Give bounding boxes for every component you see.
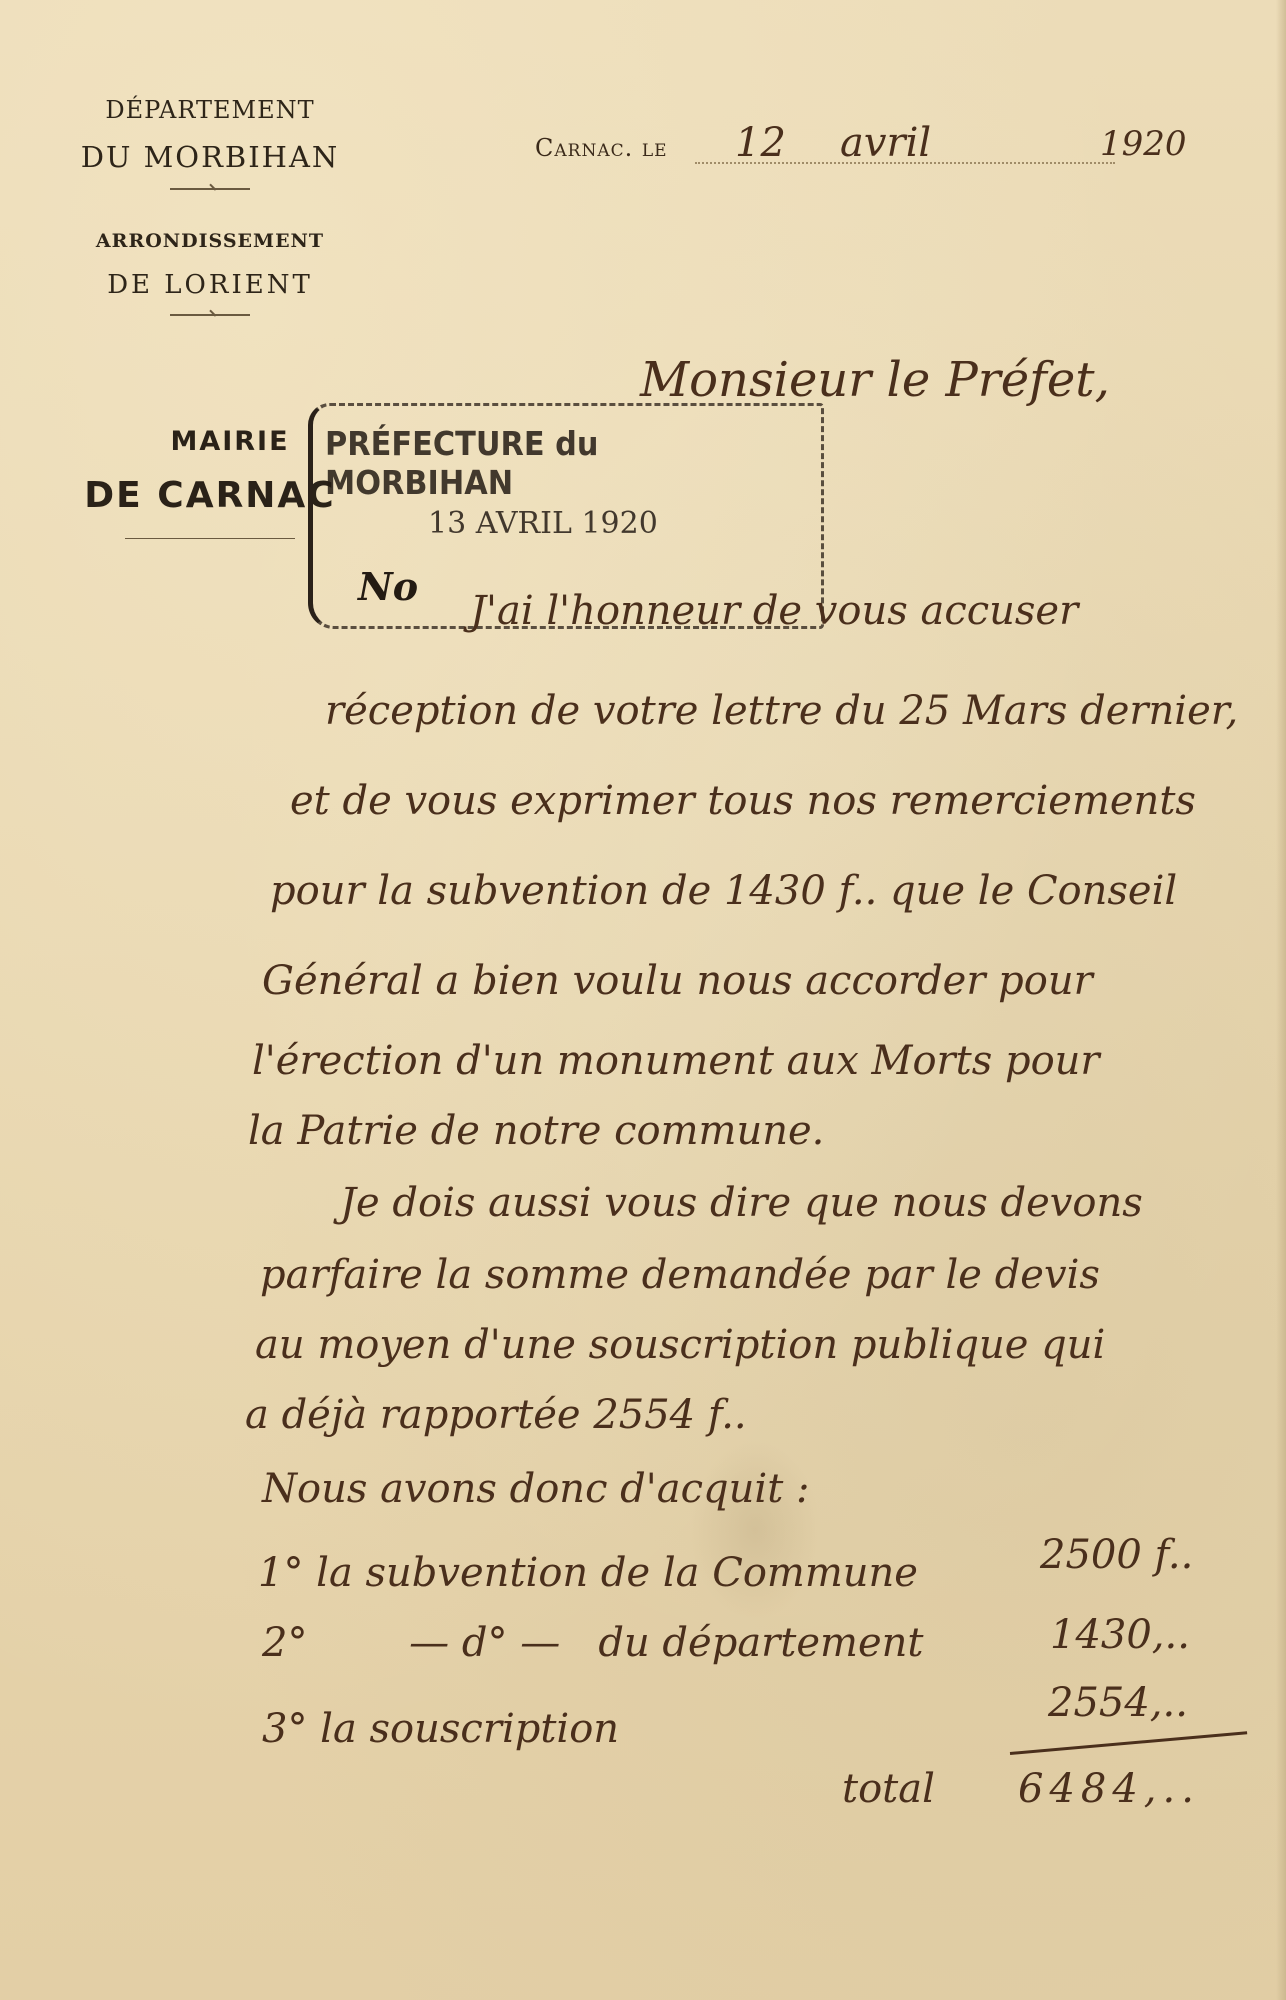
dateline-year: 1920: [1100, 124, 1187, 164]
body-line: pour la subvention de 1430 f.. que le Co…: [270, 868, 1177, 914]
ledger-item-label: 1° la subvention de la Commune: [258, 1550, 918, 1596]
dateline-place: Carnac. le: [535, 134, 668, 162]
ledger-total-label: total: [842, 1766, 935, 1812]
body-line: a déjà rapportée 2554 f..: [245, 1392, 747, 1438]
stamp-date: 13 AVRIL 1920: [428, 506, 658, 541]
ledger-item-amount: 2500 f..: [1040, 1532, 1193, 1578]
ledger-item-label: 2° — d° — du département: [262, 1620, 923, 1666]
body-line: Je dois aussi vous dire que nous devons: [340, 1180, 1143, 1226]
stamp-number-label: No: [358, 564, 418, 609]
arrondissement-label: ARRONDISSEMENT: [40, 230, 380, 252]
ledger-item-amount: 1430,..: [1050, 1612, 1190, 1658]
paper-edge: [1276, 0, 1286, 2000]
body-line: au moyen d'une souscription publique qui: [255, 1322, 1105, 1368]
department-label: DÉPARTEMENT: [40, 96, 380, 124]
body-line: parfaire la somme demandée par le devis: [260, 1252, 1100, 1298]
body-line: l'érection d'un monument aux Morts pour: [252, 1038, 1100, 1084]
arrondissement-name: DE LORIENT: [40, 270, 380, 300]
body-line: Général a bien voulu nous accorder pour: [262, 958, 1093, 1004]
letterhead: DÉPARTEMENT DU MORBIHAN ARRONDISSEMENT D…: [40, 96, 380, 316]
dateline: Carnac. le 12 avril 1920: [535, 120, 1195, 170]
body-line: la Patrie de notre commune.: [248, 1108, 824, 1154]
salutation: Monsieur le Préfet,: [640, 352, 1110, 408]
body-line: J'ai l'honneur de vous accuser: [470, 588, 1078, 634]
dateline-day: 12: [735, 120, 786, 166]
ledger-item-amount: 2554,..: [1048, 1680, 1188, 1726]
ornament-divider: [125, 538, 295, 539]
letter-page: DÉPARTEMENT DU MORBIHAN ARRONDISSEMENT D…: [0, 0, 1286, 2000]
ornament-divider: [170, 314, 250, 316]
body-line: et de vous exprimer tous nos remerciemen…: [290, 778, 1196, 824]
ornament-divider: [170, 188, 250, 190]
ledger-item-label: 3° la souscription: [262, 1706, 619, 1752]
total-rule: [1010, 1731, 1247, 1755]
dateline-month: avril: [840, 120, 931, 166]
stamp-title: PRÉFECTURE du MORBIHAN: [325, 424, 781, 502]
body-line: réception de votre lettre du 25 Mars der…: [325, 688, 1238, 734]
ledger-intro: Nous avons donc d'acquit :: [262, 1466, 809, 1512]
department-name: DU MORBIHAN: [40, 140, 380, 174]
ledger-total-amount: 6484,..: [1018, 1766, 1200, 1812]
